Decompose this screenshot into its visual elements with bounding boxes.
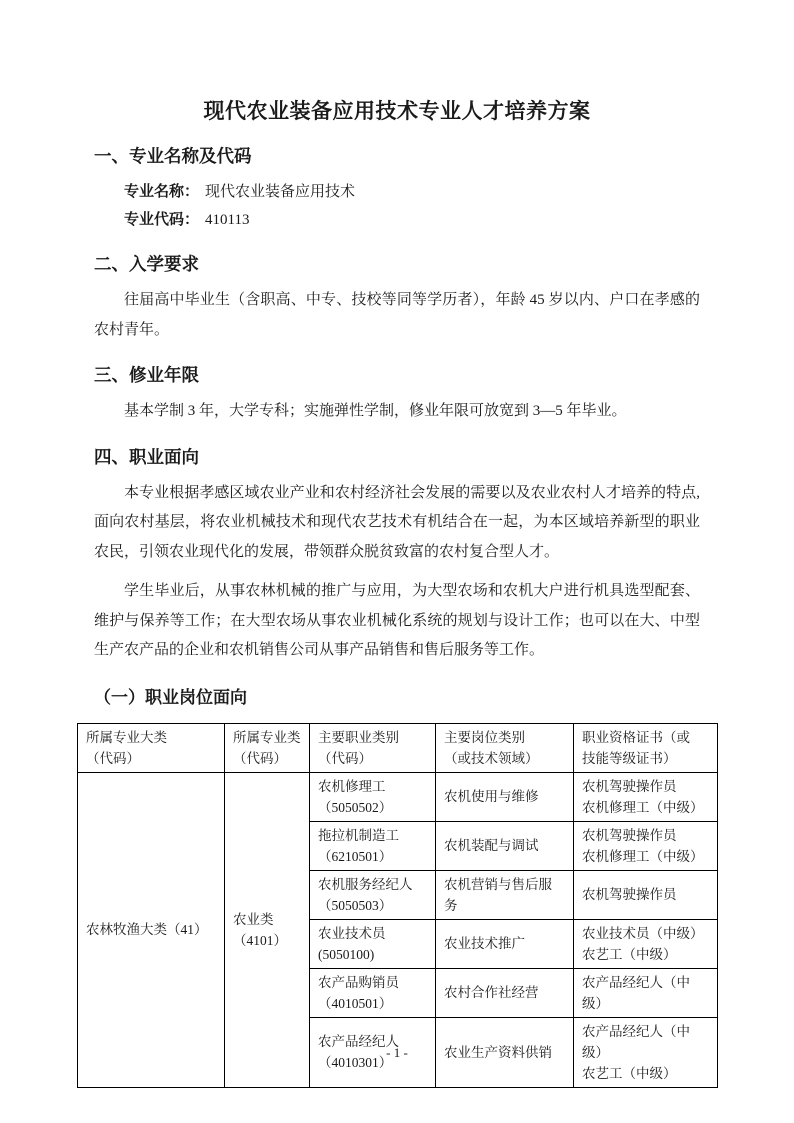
document-title: 现代农业装备应用技术专业人才培养方案: [94, 98, 700, 126]
table-header-row: 所属专业大类 （代码） 所属专业类 （代码） 主要职业类别 （代码） 主要岗位类…: [78, 723, 718, 772]
cell-occupation: 农产品购销员 （4010501）: [310, 968, 436, 1017]
subsection-heading-job-positions: （一）职业岗位面向: [94, 686, 700, 709]
career-orientation-paragraph-2: 学生毕业后，从事农林机械的推广与应用，为大型农场和农机大户进行机具选型配套、维护…: [94, 577, 700, 666]
cell-certificate: 农机驾驶操作员 农机修理工（中级）: [574, 821, 718, 870]
cell-major-category: 农林牧渔大类（41）: [78, 772, 225, 1087]
section-heading-2: 二、入学要求: [94, 252, 700, 276]
header-certificate: 职业资格证书（或 技能等级证书）: [574, 723, 718, 772]
cell-certificate: 农机驾驶操作员 农机修理工（中级）: [574, 772, 718, 821]
cell-occupation: 农机修理工 （5050502）: [310, 772, 436, 821]
major-code-value: 410113: [205, 212, 249, 228]
cell-position: 农机营销与售后服务: [436, 870, 574, 919]
header-position: 主要岗位类别 （或技术领域）: [436, 723, 574, 772]
cell-certificate: 农业技术员（中级） 农艺工（中级）: [574, 919, 718, 968]
header-occupation: 主要职业类别 （代码）: [310, 723, 436, 772]
page-number: - 1 -: [0, 1045, 794, 1061]
occupation-table: 所属专业大类 （代码） 所属专业类 （代码） 主要职业类别 （代码） 主要岗位类…: [77, 723, 718, 1088]
cell-position: 农业技术推广: [436, 919, 574, 968]
header-major-category: 所属专业大类 （代码）: [78, 723, 225, 772]
document-page: 现代农业装备应用技术专业人才培养方案 一、专业名称及代码 专业名称：现代农业装备…: [0, 0, 794, 1123]
cell-category: 农业类 （4101）: [225, 772, 310, 1087]
cell-certificate: 农产品经纪人（中级）: [574, 968, 718, 1017]
cell-occupation: 拖拉机制造工 （6210501）: [310, 821, 436, 870]
major-code-field: 专业代码：410113: [124, 206, 700, 234]
section-heading-1: 一、专业名称及代码: [94, 144, 700, 168]
enrollment-requirement-paragraph: 往届高中毕业生（含职高、中专、技校等同等学历者），年龄 45 岁以内、户口在孝感…: [94, 286, 700, 345]
section-heading-4: 四、职业面向: [94, 445, 700, 469]
cell-position: 农村合作社经营: [436, 968, 574, 1017]
major-name-field: 专业名称：现代农业装备应用技术: [124, 178, 700, 206]
cell-occupation: 农业技术员 (5050100): [310, 919, 436, 968]
career-orientation-paragraph-1: 本专业根据孝感区域农业产业和农村经济社会发展的需要以及农业农村人才培养的特点,面…: [94, 479, 700, 568]
major-info-fields: 专业名称：现代农业装备应用技术 专业代码：410113: [124, 178, 700, 234]
table-row: 农林牧渔大类（41） 农业类 （4101） 农机修理工 （5050502） 农机…: [78, 772, 718, 821]
cell-position: 农机装配与调试: [436, 821, 574, 870]
study-duration-paragraph: 基本学制 3 年，大学专科；实施弹性学制，修业年限可放宽到 3—5 年毕业。: [94, 397, 700, 427]
major-name-value: 现代农业装备应用技术: [205, 184, 355, 200]
major-name-label: 专业名称：: [124, 183, 199, 200]
cell-certificate: 农机驾驶操作员: [574, 870, 718, 919]
section-heading-3: 三、修业年限: [94, 363, 700, 387]
major-code-label: 专业代码：: [124, 211, 199, 228]
cell-occupation: 农机服务经纪人 （5050503）: [310, 870, 436, 919]
header-category: 所属专业类 （代码）: [225, 723, 310, 772]
cell-position: 农机使用与维修: [436, 772, 574, 821]
